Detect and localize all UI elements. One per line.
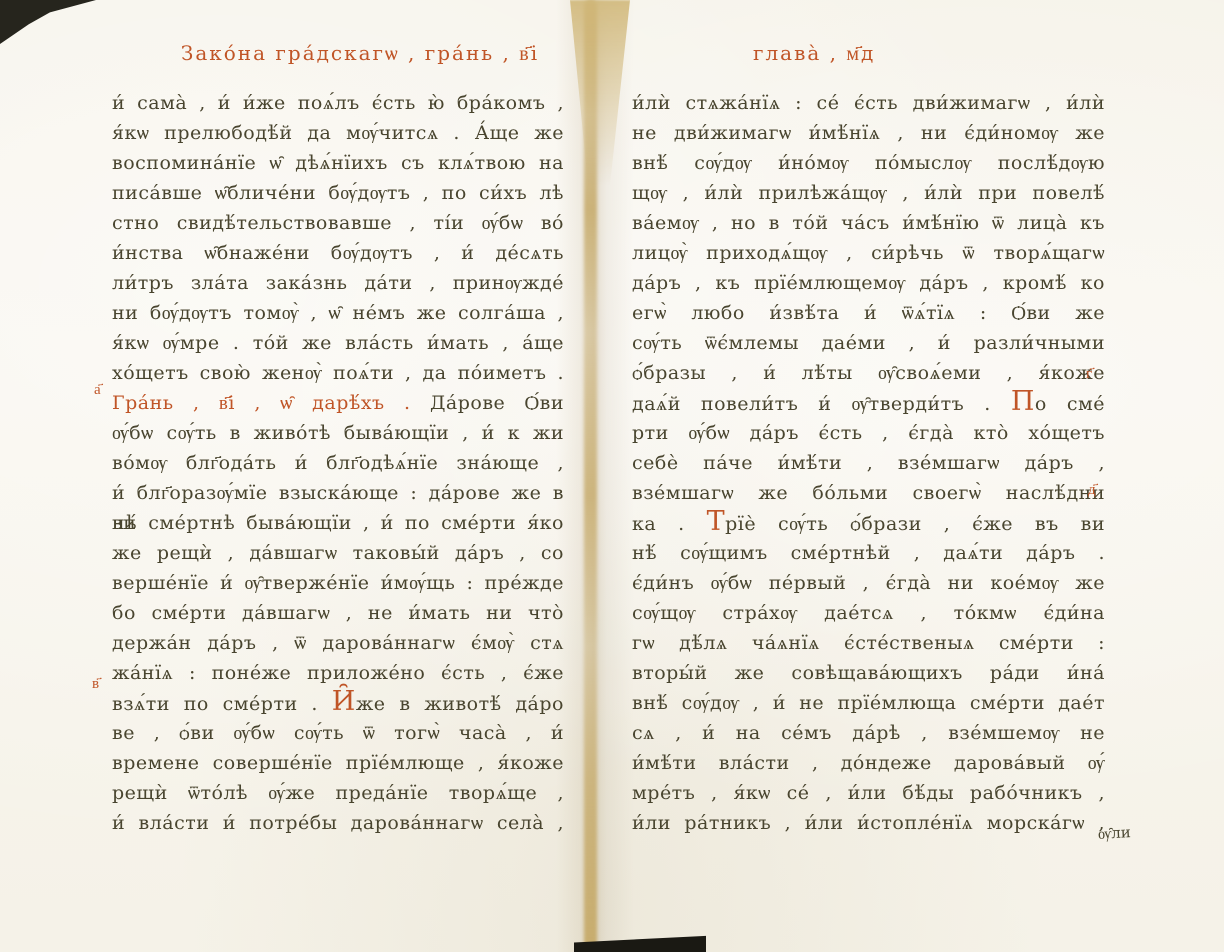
text-line: сѧ , и́ на се́мъ да́рѣ , взе́мшемѹ не [632,718,1105,748]
text-line: мре́тъ , я́кѡ се́ , и́ли бѣ́ды рабо́чник… [632,778,1105,808]
line-text-segment: внѣ́ сѹ́дѹ и́но́мѹ по́мыслѹ послѣ́дѹю [632,152,1105,174]
line-text-segment: нѣ́ сме́ртнѣ быва́ющїи , и́ по сме́рти я… [112,512,564,534]
line-text-segment: во́мѹ блг҃ода́ть и́ блг҃одѣѧ́нїе зна́юще… [112,452,564,474]
text-line: сѹ́ть ѿє́млемы дае́ми , и́ разли́чными [632,328,1105,358]
line-text-segment: и́ли ра́тникъ , и́ли и́стопле́нїѧ морска… [632,812,1105,834]
line-text-segment: рїѐ сѹ́ть ѻ́брази , є́же въ ви [725,513,1105,535]
text-line: егѡ̀ любо и́звѣ́та и́ ѿѧ́тїѧ : Ѻ́ви же [632,298,1105,328]
line-text-segment: времене соверше́нїе прїе́млюще , я́коже [112,752,564,774]
text-line: лицѹ̀ приходѧ́щѹ , си́рѣчь ѿ творѧ́щагѡ [632,238,1105,268]
text-line: я́кѡ ѹ́мре . то́й же вла́сть и́мать , а́… [112,328,564,358]
text-line: ѻ́бразы , и́ лѣ́ты ѹ̑своѧ́еми , я́коже [632,358,1105,388]
line-text-segment: ни бѹ́дѹтъ томѹ̀ , ѡ̑ не́мъ же солга́ша … [112,302,564,324]
text-line: же рещѝ , да́вшагѡ таковы́й да́ръ , со [112,538,564,568]
text-line: сѹ́щѹ стра́хѹ дае́тсѧ , то́кмѡ є́ди́на [632,598,1105,628]
text-line: и́ вла́сти и́ потре́бы дарова́ннагѡ села… [112,808,564,838]
text-line: ѹ́бѡ сѹ́ть в живо́тѣ быва́ющїи , и́ к жи [112,418,564,448]
line-text-segment: рещѝ ѿто́лѣ ѹ́же преда́нїе творѧ́ще , [112,782,564,804]
text-line: я́кѡ прелюбодѣ́й да мѹ́читсѧ . А́ще же [112,118,564,148]
text-line: хо́щетъ свою̀ женѹ̀ поѧ́ти , да по́иметъ… [112,358,564,388]
scan-dark-corner [0,0,96,44]
text-line: времене соверше́нїе прїе́млюще , я́коже [112,748,564,778]
margin-note: а҃ [94,380,102,399]
margin-note: в҃ [92,674,100,693]
margin-note: г҃ [1086,364,1093,383]
left-page-header: Зако́на гра́дскагѡ , гра́нь , в҃і [150,41,570,66]
line-text-segment: егѡ̀ любо и́звѣ́та и́ ѿѧ́тїѧ : Ѻ́ви же [632,302,1105,324]
text-line: верше́нїе и́ ѹ̑тверже́нїе и́мѹ́щь : пре́… [112,568,564,598]
line-text-segment: сѧ , и́ на се́мъ да́рѣ , взе́мшемѹ не [632,722,1105,744]
text-line: стно свидѣ́тельствовавше , ті́и ѹ́бѡ во́ [112,208,564,238]
line-text-segment: и́ сама̀ , и́ и́же поѧ́лъ є́сть ю̀ бра́к… [112,92,564,114]
text-line: и́ сама̀ , и́ и́же поѧ́лъ є́сть ю̀ бра́к… [112,88,564,118]
line-text-segment: я́кѡ ѹ́мре . то́й же вла́сть и́мать , а́… [112,332,564,354]
line-text-segment: не дви́жимагѡ и́мѣ́нїѧ , ни є́ди́номѹ же [632,122,1105,144]
line-text-segment: бо сме́рти да́вшагѡ , не и́мать ни что̀ [112,602,564,624]
line-text-segment: же рещѝ , да́вшагѡ таковы́й да́ръ , со [112,542,564,564]
text-line: держа́н да́ръ , ѿ дарова́ннагѡ є́мѹ̀ стѧ [112,628,564,658]
text-line: и́мѣ́ти вла́сти , до́ндеже дарова́вый ѹ́ [632,748,1105,778]
line-text-segment: жа́нїѧ : поне́же приложе́но є́сть , є́же [112,662,564,684]
text-line: и́ли ра́тникъ , и́ли и́стопле́нїѧ морска… [632,808,1105,838]
text-line: вторы́й же совѣщава́ющихъ ра́ди и́на́ [632,658,1105,688]
line-text-segment: стно свидѣ́тельствовавше , ті́и ѹ́бѡ во́ [112,212,564,234]
line-pre-segment: взѧ́ти по сме́рти . [112,693,332,715]
text-line: взе́мшагѡ же бо́льми своегѡ̀ наслѣ́дни [632,478,1105,508]
text-line: рещѝ ѿто́лѣ ѹ́же преда́нїе творѧ́ще , [112,778,564,808]
text-line: и́лѝ стѧжа́нїѧ : се́ є́сть дви́жимагѡ , … [632,88,1105,118]
right-page-text-column: и́лѝ стѧжа́нїѧ : се́ є́сть дви́жимагѡ , … [632,88,1105,838]
text-line: и́нства ѡ̑бнаже́ни бѹ́дѹтъ , и́ де́сѧть [112,238,564,268]
line-text-segment: вторы́й же совѣщава́ющихъ ра́ди и́на́ [632,662,1105,684]
line-text-segment: воспомина́нїе ѡ̑ дѣѧ́нїихъ съ клѧ́твою н… [112,152,564,174]
text-line: є́ди́нъ ѹ́бѡ пе́рвый , є́гда̀ ни кое́мѹ … [632,568,1105,598]
line-text-segment: и́мѣ́ти вла́сти , до́ндеже дарова́вый ѹ́ [632,752,1105,774]
book-scan: Зако́на гра́дскагѡ , гра́нь , в҃і глава̀… [0,0,1224,952]
line-text-segment: я́кѡ прелюбодѣ́й да мѹ́читсѧ . А́ще же [112,122,564,144]
line-text-segment: Да́рове Ѻ́ви [411,392,564,414]
line-text-segment: ѹ́бѡ сѹ́ть в живо́тѣ быва́ющїи , и́ к жи [112,422,564,444]
line-text-segment: взе́мшагѡ же бо́льми своегѡ̀ наслѣ́дни [632,482,1105,504]
text-line: ва́емѹ , но в то́й ча́съ и́мѣ́нїю ѿ лица… [632,208,1105,238]
text-line: внѣ́ сѹ́дѹ и́но́мѹ по́мыслѹ послѣ́дѹю [632,148,1105,178]
text-line: даѧ́й повели́тъ и́ ѹ̑тверди́тъ . По сме́ [632,388,1105,418]
line-text-segment: писа́вше ѡ̑бличе́ни бѹ́дѹтъ , по си́хъ л… [112,182,564,204]
text-line: щѹ , и́лѝ прилѣжа́щѹ , и́лѝ при повелѣ́ [632,178,1105,208]
line-text-segment: нѣ́ сѹ́щимъ сме́ртнѣй , даѧ́ти да́ръ . [632,542,1105,564]
text-line: ни бѹ́дѹтъ томѹ̀ , ѡ̑ не́мъ же солга́ша … [112,298,564,328]
line-text-segment: держа́н да́ръ , ѿ дарова́ннагѡ є́мѹ̀ стѧ [112,632,564,654]
text-line: гѡ дѣ́лѧ ча́ѧнїѧ є́сте́ственыѧ сме́рти : [632,628,1105,658]
text-line: ли́тръ зла́та зака́знь да́ти , принѹжде́ [112,268,564,298]
text-line: внѣ́ сѹ́дѹ , и́ не прїе́млюща сме́рти да… [632,688,1105,718]
right-page-header: глава̀ , м҃д [753,41,875,66]
line-pre-segment: даѧ́й повели́тъ и́ ѹ̑тверди́тъ . [632,393,1011,415]
line-text-segment: сѹ́ть ѿє́млемы дае́ми , и́ разли́чными [632,332,1105,354]
line-text-segment: ли́тръ зла́та зака́знь да́ти , принѹжде́ [112,272,564,294]
line-text-segment: ва́емѹ , но в то́й ча́съ и́мѣ́нїю ѿ лица… [632,212,1105,234]
text-line: воспомина́нїе ѡ̑ дѣѧ́нїихъ съ клѧ́твою н… [112,148,564,178]
line-text-segment: себѐ па́че и́мѣ́ти , взе́мшагѡ да́ръ , [632,452,1105,474]
line-text-segment: мре́тъ , я́кѡ се́ , и́ли бѣ́ды рабо́чник… [632,782,1105,804]
line-text-segment: же в животѣ́ да́ро [356,693,564,715]
line-text-segment: верше́нїе и́ ѹ̑тверже́нїе и́мѹ́щь : пре́… [112,572,564,594]
text-line: рти ѹ́бѡ да́ръ є́сть , є́гда̀ кто̀ хо́ще… [632,418,1105,448]
line-pre-segment: ка . [632,513,707,535]
text-line: ка . Трїѐ сѹ́ть ѻ́брази , є́же въ ви [632,508,1105,538]
text-line: нѣ́ сме́ртнѣ быва́ющїи , и́ по сме́рти я… [112,508,564,538]
line-text-segment: о сме́ [1035,393,1105,415]
text-line: нѣ́ сѹ́щимъ сме́ртнѣй , даѧ́ти да́ръ . [632,538,1105,568]
line-text-segment: и́лѝ стѧжа́нїѧ : се́ є́сть дви́жимагѡ , … [632,92,1105,114]
line-text-segment: щѹ , и́лѝ прилѣжа́щѹ , и́лѝ при повелѣ́ [632,182,1105,204]
line-text-segment: да́ръ , къ прїе́млющемѹ да́ръ , кромѣ́ к… [632,272,1105,294]
text-line: себѐ па́че и́мѣ́ти , взе́мшагѡ да́ръ , [632,448,1105,478]
text-line: писа́вше ѡ̑бличе́ни бѹ́дѹтъ , по си́хъ л… [112,178,564,208]
text-line: жа́нїѧ : поне́же приложе́но є́сть , є́же [112,658,564,688]
text-line: ве , ѻ́ви ѹ́бѡ сѹ́ть ѿ тогѡ̀ часа̀ , и́ [112,718,564,748]
line-text-segment: є́ди́нъ ѹ́бѡ пе́рвый , є́гда̀ ни кое́мѹ … [632,572,1105,594]
text-line: взѧ́ти по сме́рти . И̑же в животѣ́ да́ро [112,688,564,718]
line-text-segment: лицѹ̀ приходѧ́щѹ , си́рѣчь ѿ творѧ́щагѡ [632,242,1105,264]
text-line: бо сме́рти да́вшагѡ , не и́мать ни что̀ [112,598,564,628]
catchword: ѹ̑ли [1098,823,1132,844]
line-rubric-segment: П [1011,386,1035,417]
margin-note: д҃ [1088,480,1097,499]
text-line: да́ръ , къ прїе́млющемѹ да́ръ , кромѣ́ к… [632,268,1105,298]
line-rubric-segment: Т [707,506,726,537]
left-page-text-column: и́ сама̀ , и́ и́же поѧ́лъ є́сть ю̀ бра́к… [112,88,564,838]
line-rubric-segment: И̑ [332,686,356,717]
line-rubric-segment: Гра́нь , в҃і , ѡ̑ дарѣ́хъ . [112,392,411,414]
line-text-segment: ве , ѻ́ви ѹ́бѡ сѹ́ть ѿ тогѡ̀ часа̀ , и́ [112,722,564,744]
line-text-segment: гѡ дѣ́лѧ ча́ѧнїѧ є́сте́ственыѧ сме́рти : [632,632,1105,654]
line-text-segment: хо́щетъ свою̀ женѹ̀ поѧ́ти , да по́иметъ… [112,362,564,384]
text-line: не дви́жимагѡ и́мѣ́нїѧ , ни є́ди́номѹ же [632,118,1105,148]
text-line: Гра́нь , в҃і , ѡ̑ дарѣ́хъ . Да́рове Ѻ́ви [112,388,564,418]
line-text-segment: и́нства ѡ̑бнаже́ни бѹ́дѹтъ , и́ де́сѧть [112,242,564,264]
line-text-segment: внѣ́ сѹ́дѹ , и́ не прїе́млюща сме́рти да… [632,692,1105,714]
line-text-segment: рти ѹ́бѡ да́ръ є́сть , є́гда̀ кто̀ хо́ще… [632,422,1105,444]
line-text-segment: сѹ́щѹ стра́хѹ дае́тсѧ , то́кмѡ є́ди́на [632,602,1105,624]
line-text-segment: и́ вла́сти и́ потре́бы дарова́ннагѡ села… [112,812,564,834]
text-line: во́мѹ блг҃ода́ть и́ блг҃одѣѧ́нїе зна́юще… [112,448,564,478]
line-text-segment: ѻ́бразы , и́ лѣ́ты ѹ̑своѧ́еми , я́коже [632,362,1105,384]
text-line: и́ блг҃оразѹ́мїе взыска́юще : да́рове же… [112,478,564,508]
